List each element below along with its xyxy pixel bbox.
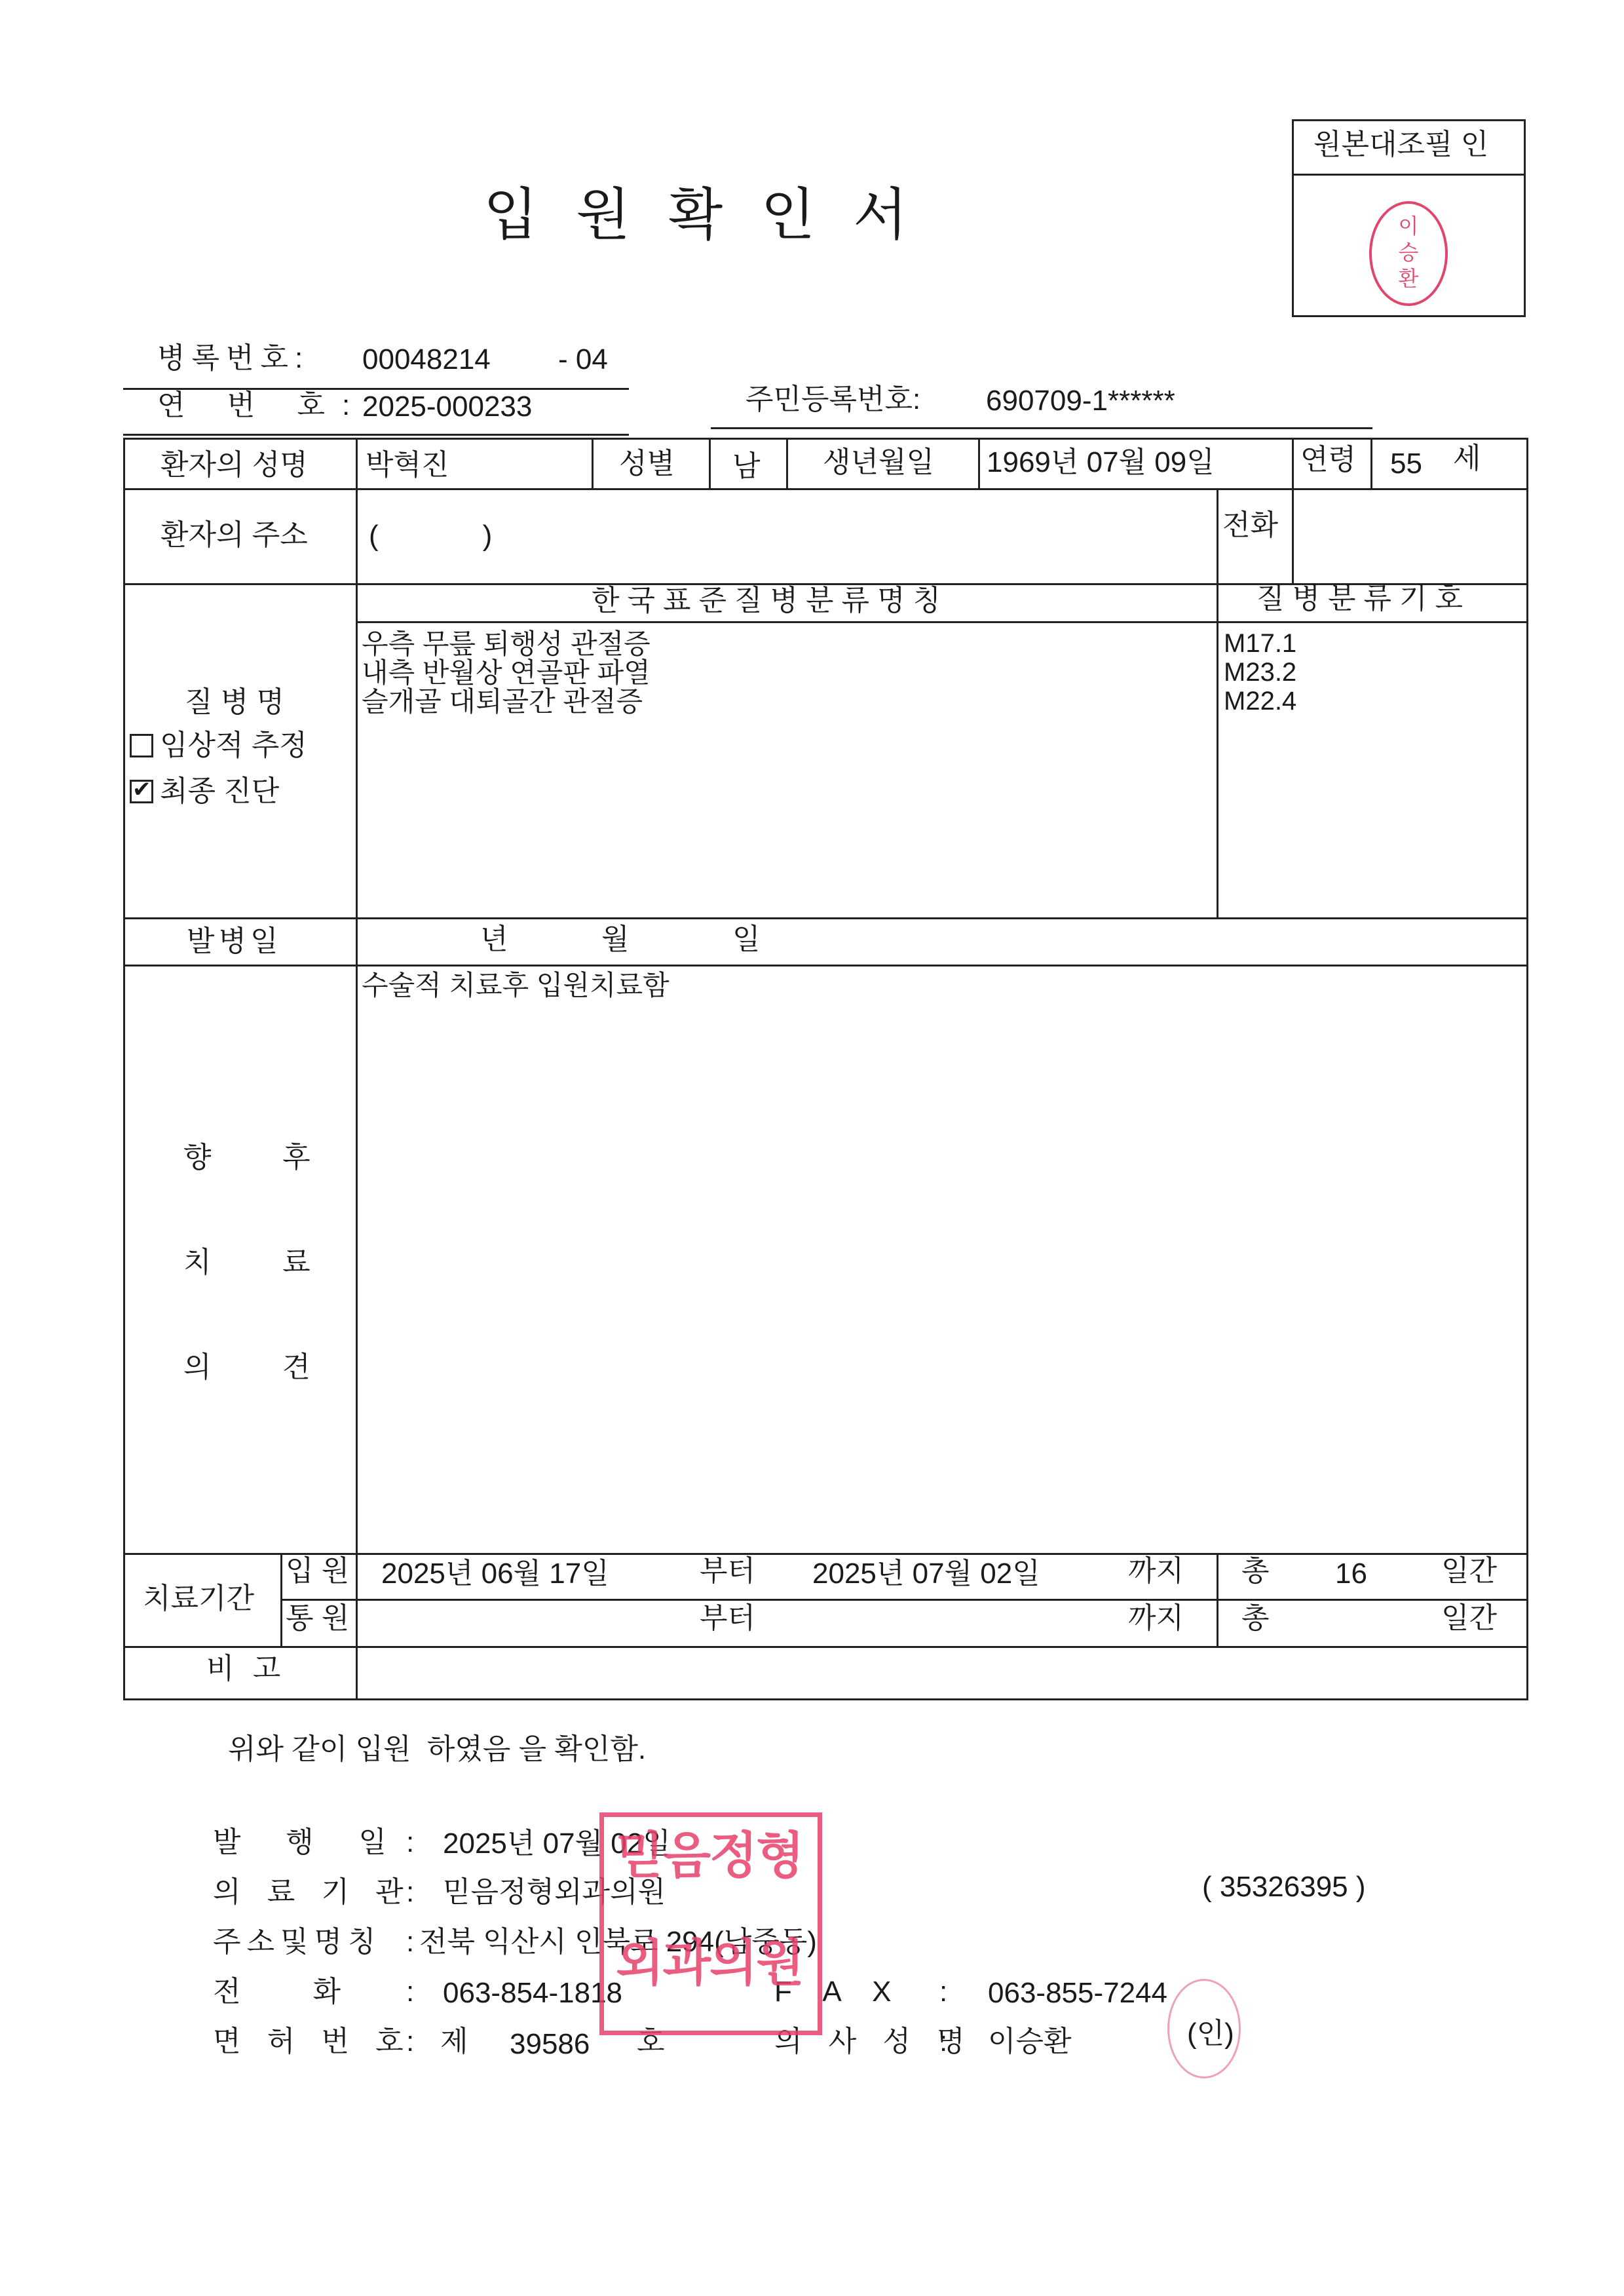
colon: :	[939, 2027, 947, 2056]
license-label: 면 허 번 호	[213, 2027, 413, 2056]
hospital-stamp-line: 믿음정형	[608, 1831, 811, 1881]
colon: :	[406, 1878, 414, 1907]
prognosis-label-line: 치 료	[183, 1248, 322, 1277]
diagnosis-name: 슬개골 대퇴골간 관절증	[362, 688, 643, 716]
patient-name-value: 박혁진	[366, 451, 449, 480]
treatment-period-label: 치료기간	[143, 1584, 254, 1613]
license-no: 39586	[510, 2030, 590, 2059]
diagnosis-label: 질 병 명	[185, 688, 284, 717]
address-value: ( )	[369, 522, 492, 550]
diagnosis-name: 내측 반월상 연골판 파열	[362, 659, 651, 687]
issue-date-label: 발 행 일	[213, 1828, 392, 1857]
inpatient-days-unit: 일간	[1441, 1557, 1497, 1586]
onset-day-unit: 일	[732, 925, 761, 954]
outpatient-to-word: 까지	[1128, 1604, 1184, 1633]
onset-label: 발병일	[187, 927, 282, 956]
diagnosis-code: M17.1	[1224, 630, 1296, 657]
phone-label: 전화	[1222, 511, 1278, 540]
patient-name-label: 환자의 성명	[161, 451, 308, 480]
issuer-phone: 063-854-1818	[443, 1979, 622, 2008]
age-value: 55	[1390, 450, 1422, 478]
prognosis-label-line: 향 후	[183, 1143, 322, 1172]
code-header: 질병분류기호	[1256, 584, 1471, 613]
diagnosis-code: M23.2	[1224, 659, 1296, 685]
colon: :	[406, 1928, 414, 1957]
prognosis-label-line: 의 견	[183, 1353, 322, 1382]
option-label-clinical: 임상적 추정	[160, 731, 307, 760]
checkbox-final-diagnosis[interactable]	[130, 780, 153, 803]
kcd-header: 한국표준질병분류명칭	[592, 586, 949, 615]
option-label-final: 최종 진단	[160, 777, 279, 806]
onset-year-unit: 년	[480, 925, 508, 954]
age-unit: 세	[1453, 444, 1481, 473]
diagnosis-option-final[interactable]: 최종 진단	[130, 780, 153, 803]
outpatient-days-unit: 일간	[1441, 1604, 1497, 1633]
hospital-stamp-icon: 믿음정형 외과의원	[599, 1812, 822, 2035]
phone-label: 전 화	[213, 1978, 341, 2006]
dob-value: 1969년 07월 09일	[987, 448, 1215, 477]
inpatient-days: 16	[1335, 1559, 1367, 1588]
inpatient-to-word: 까지	[1128, 1557, 1184, 1586]
diagnosis-code: M22.4	[1224, 688, 1296, 714]
sex-value: 남	[732, 452, 761, 481]
inpatient-total-word: 총	[1241, 1557, 1270, 1586]
checkbox-clinical-estimate[interactable]	[130, 734, 153, 757]
diagnosis-option-clinical[interactable]: 임상적 추정	[130, 734, 153, 757]
institution-code: ( 35326395 )	[1202, 1873, 1366, 1902]
colon: :	[406, 1828, 414, 1857]
outpatient-total-word: 총	[1241, 1604, 1270, 1633]
diagnosis-name: 우측 무릎 퇴행성 관절증	[362, 630, 651, 658]
inpatient-to: 2025년 07월 02일	[812, 1559, 1040, 1588]
dob-label: 생년월일	[823, 448, 934, 477]
address-label: 주소및명칭	[213, 1928, 382, 1957]
inpatient-from-word: 부터	[700, 1557, 755, 1586]
colon: :	[939, 1978, 947, 2006]
institution-label: 의 료 기 관	[213, 1878, 413, 1907]
outpatient-from-word: 부터	[700, 1604, 755, 1633]
sex-label: 성별	[619, 450, 675, 478]
doctor-seal-icon	[1167, 1979, 1241, 2078]
address-label: 환자의 주소	[161, 521, 308, 550]
license-prefix: 제	[440, 2027, 468, 2056]
outpatient-label: 통 원	[286, 1604, 349, 1633]
colon: :	[406, 1978, 414, 2006]
issuer-fax: 063-855-7244	[988, 1979, 1167, 2008]
onset-month-unit: 월	[601, 925, 630, 954]
inpatient-from: 2025년 06월 17일	[381, 1559, 609, 1588]
prognosis-text: 수술적 치료후 입원치료함	[362, 972, 670, 999]
hospital-stamp-line: 외과의원	[608, 1939, 811, 1989]
colon: :	[406, 2027, 414, 2056]
doctor-name: 이승환	[988, 2027, 1072, 2056]
inpatient-label: 입 원	[286, 1557, 349, 1586]
remarks-label: 비 고	[206, 1655, 286, 1683]
confirmation-statement: 위와 같이 입원 하였음 을 확인함.	[228, 1735, 646, 1764]
age-label: 연령	[1300, 446, 1356, 474]
